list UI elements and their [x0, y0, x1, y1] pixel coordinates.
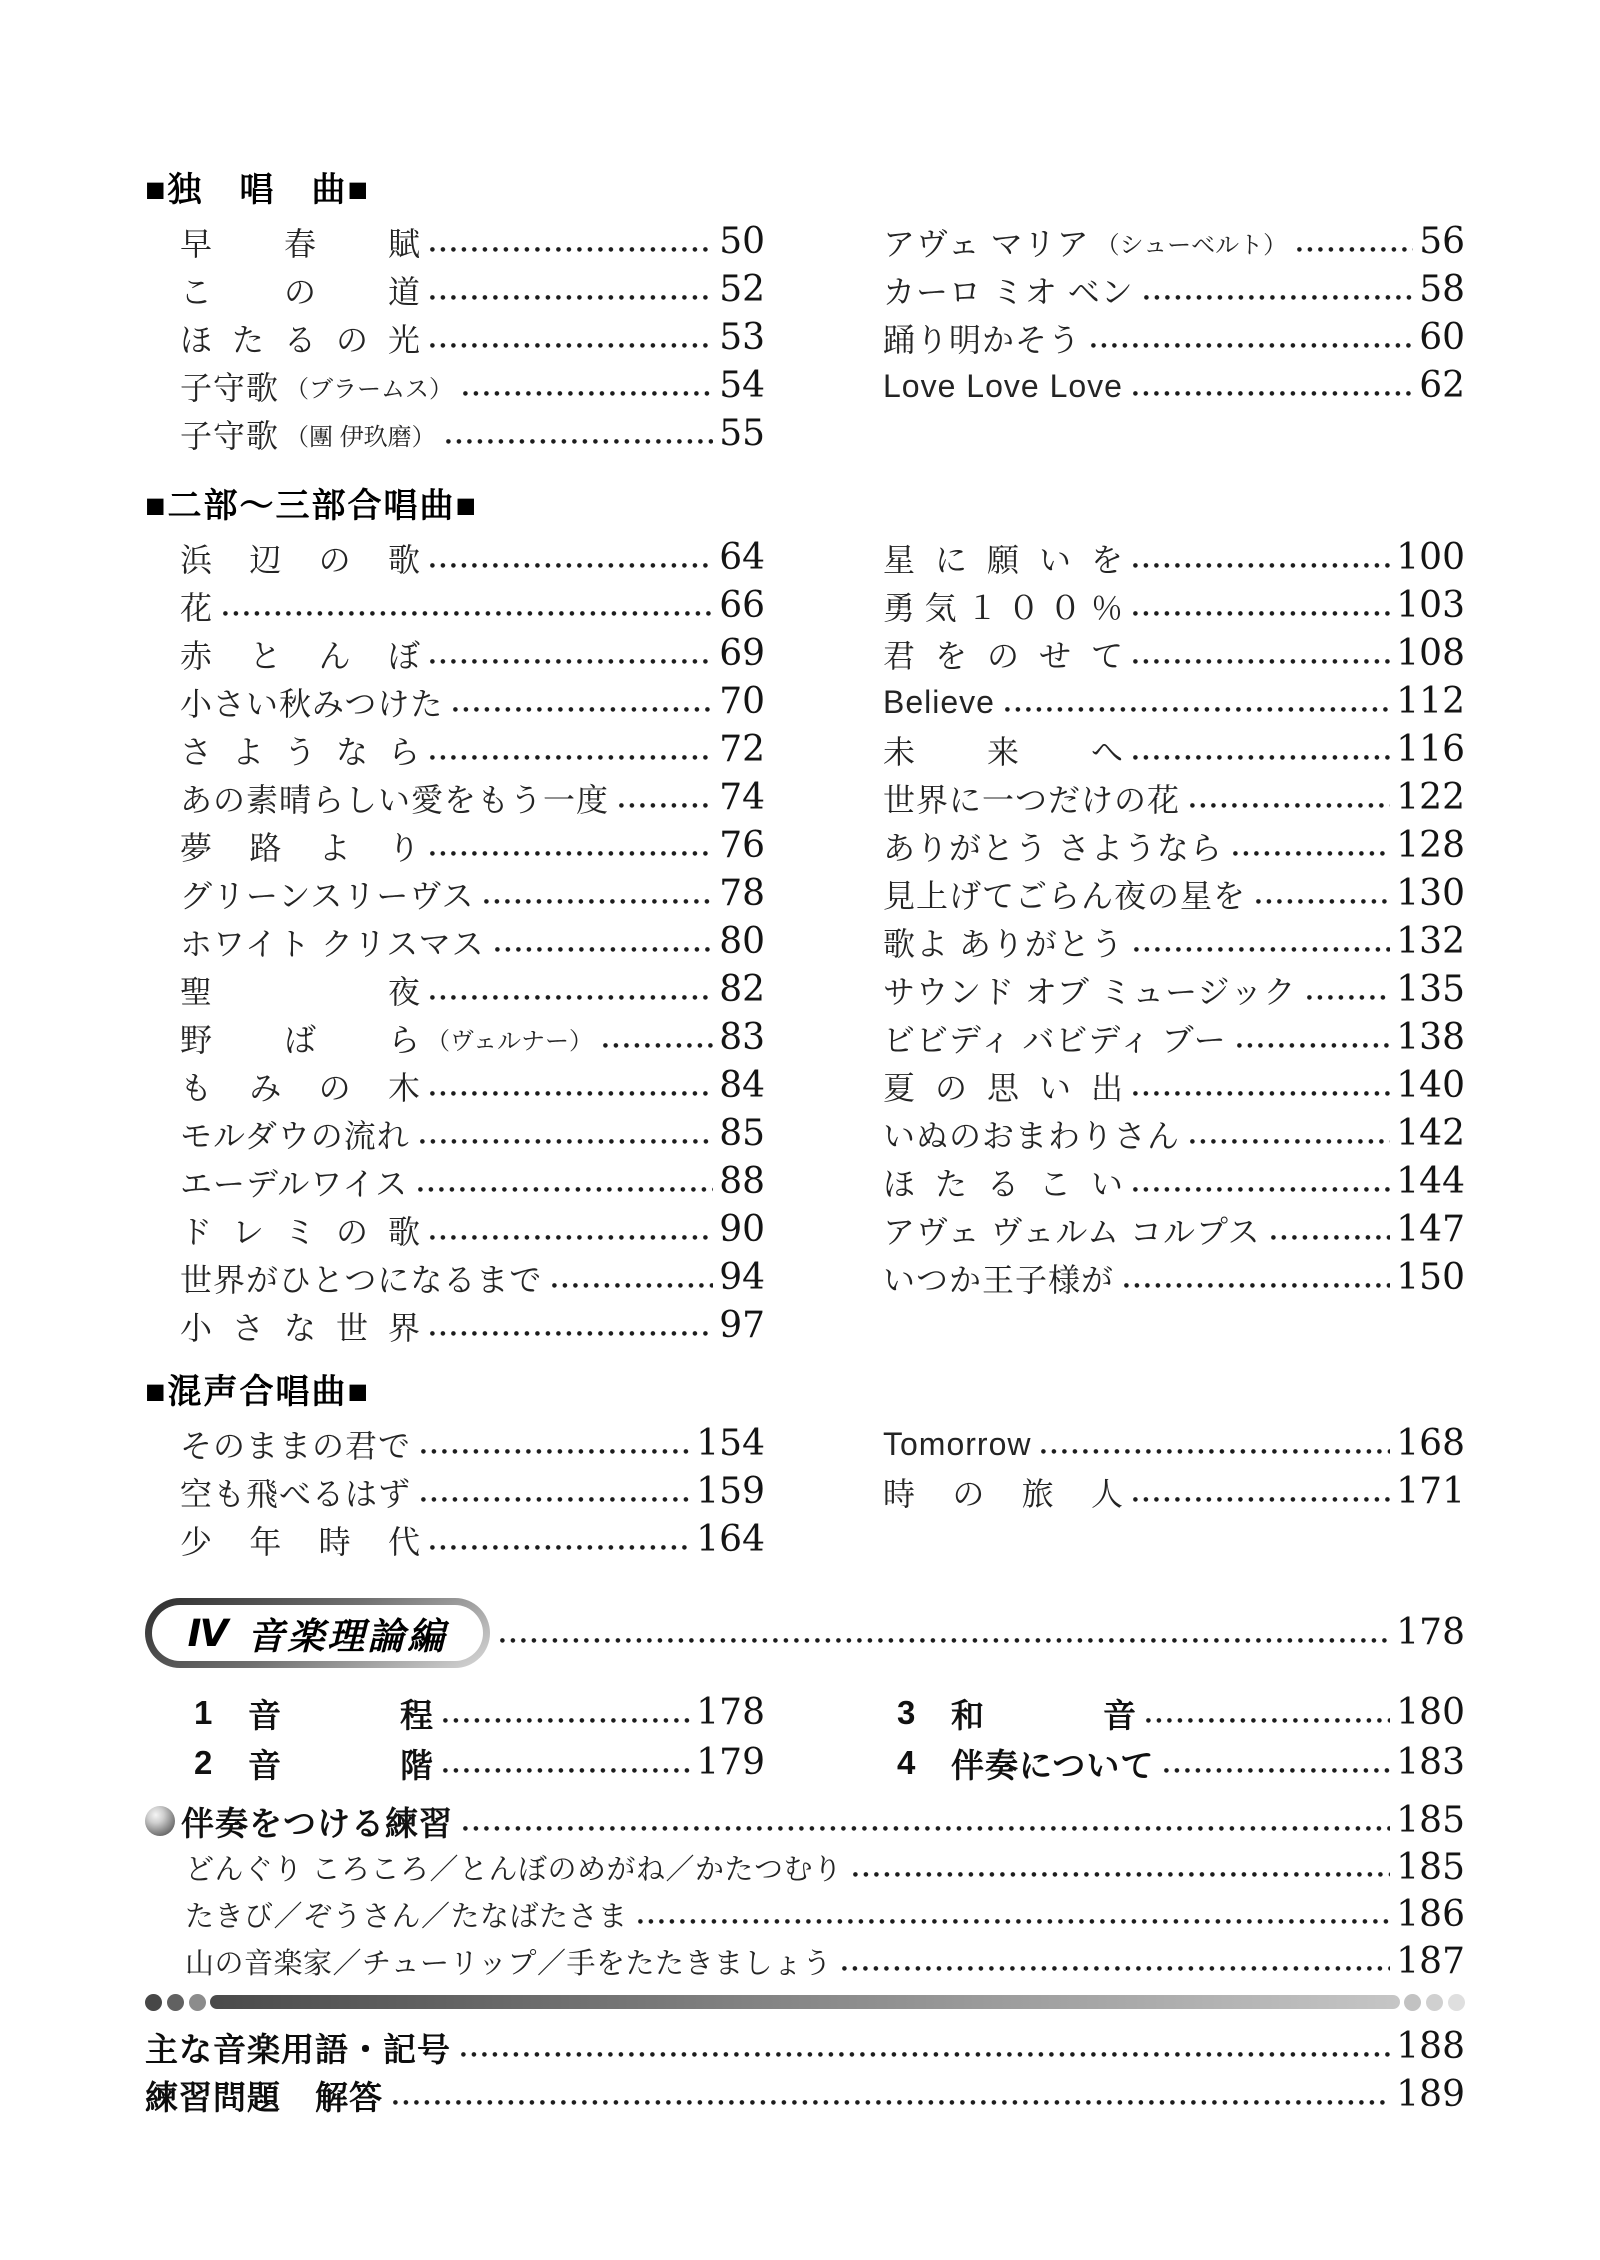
toc-item: 見上げてごらん夜の星を130	[865, 870, 1465, 918]
dotted-leader	[853, 1872, 1391, 1877]
toc-item-page: 100	[1396, 540, 1465, 576]
theory-banner: Ⅳ 音楽理論編	[145, 1598, 490, 1668]
toc-column-right: 星に願いを100勇気１００％103君をのせて108Believe112未来へ11…	[865, 534, 1465, 1302]
practice-heading-label: 伴奏をつける練習	[181, 1798, 453, 1845]
toc-item: 子守歌（團 伊玖磨）55	[145, 410, 765, 458]
toc-item: 小さな世界97	[145, 1302, 765, 1350]
toc-item: 1音程178	[145, 1688, 765, 1738]
dotted-leader	[1256, 899, 1390, 904]
dotted-leader	[463, 391, 713, 396]
toc-page: ■独 唱 曲■早春賦50この道52ほたるの光53子守歌（ブラームス）54子守歌（…	[0, 0, 1600, 2260]
toc-item: あの素晴らしい愛をもう一度74	[145, 774, 765, 822]
dotted-leader	[842, 1966, 1390, 1971]
toc-item-title: 主な音楽用語・記号	[145, 2024, 451, 2071]
toc-item-page: 171	[1396, 1474, 1465, 1510]
theory-column-right: 3和音1804伴奏について183	[865, 1688, 1465, 1788]
toc-column-left: そのままの君で154空も飛べるはず159少年時代164	[145, 1420, 765, 1564]
toc-item: 未来へ116	[865, 726, 1465, 774]
toc-item-title: 聖夜	[180, 967, 420, 1013]
dotted-leader	[603, 1043, 713, 1048]
toc-item-page: 97	[719, 1308, 765, 1344]
dotted-leader	[1307, 995, 1391, 1000]
toc-item-title: ほたるの光	[180, 315, 420, 361]
toc-item-page: 185	[1396, 1850, 1465, 1886]
toc-item-title: あの素晴らしい愛をもう一度	[180, 775, 609, 821]
dotted-leader	[443, 1768, 690, 1773]
toc-item-title: いぬのおまわりさん	[883, 1111, 1180, 1157]
toc-item-title: 歌よ ありがとう	[883, 919, 1124, 965]
toc-item: エーデルワイス88	[145, 1158, 765, 1206]
dotted-leader	[1237, 1043, 1391, 1048]
toc-item-page: 74	[719, 780, 765, 816]
divider-dot	[189, 1994, 206, 2011]
toc-item-page: 185	[1396, 1803, 1465, 1839]
toc-item: 聖夜82	[145, 966, 765, 1014]
dotted-leader	[1133, 391, 1413, 396]
divider-dot	[1426, 1994, 1443, 2011]
toc-item-title: 練習問題 解答	[145, 2072, 383, 2119]
toc-item-title: もみの木	[180, 1063, 420, 1109]
dotted-leader	[1271, 1235, 1391, 1240]
toc-item: 主な音楽用語・記号188	[145, 2023, 1465, 2071]
toc-item-page: 150	[1396, 1260, 1465, 1296]
toc-item-page: 108	[1396, 636, 1465, 672]
toc-item: 赤とんぼ69	[145, 630, 765, 678]
dotted-leader	[420, 1139, 713, 1144]
dotted-leader	[638, 1919, 1391, 1924]
dotted-leader	[1190, 1139, 1390, 1144]
toc-item: 星に願いを100	[865, 534, 1465, 582]
toc-section: ■独 唱 曲■早春賦50この道52ほたるの光53子守歌（ブラームス）54子守歌（…	[145, 170, 1465, 458]
toc-item: Love Love Love62	[865, 362, 1465, 410]
divider-gradient-bar	[210, 1995, 1400, 2009]
toc-item: Tomorrow168	[865, 1420, 1465, 1468]
toc-item-title: Believe	[883, 684, 995, 721]
toc-item-title: 夢路より	[180, 823, 420, 869]
toc-item-page: 116	[1396, 732, 1465, 768]
toc-item-page: 130	[1396, 876, 1465, 912]
toc-item-page: 112	[1396, 684, 1465, 720]
toc-item-number: 1	[180, 1694, 234, 1732]
toc-item: 子守歌（ブラームス）54	[145, 362, 765, 410]
toc-item-title: いつか王子様が	[883, 1255, 1114, 1301]
toc-item: アヴェ マリア（シューベルト）56	[865, 218, 1465, 266]
theory-banner-row: Ⅳ 音楽理論編 178	[145, 1598, 1465, 1668]
toc-item: 勇気１００％103	[865, 582, 1465, 630]
toc-item-title: 世界に一つだけの花	[883, 775, 1180, 821]
toc-item: ありがとう さようなら128	[865, 822, 1465, 870]
toc-item: ホワイト クリスマス80	[145, 918, 765, 966]
theory-banner-inner: Ⅳ 音楽理論編	[152, 1605, 483, 1661]
toc-item-title: アヴェ ヴェルム コルプス	[883, 1207, 1261, 1253]
theory-banner-numeral: Ⅳ	[188, 1612, 232, 1655]
toc-item: 花66	[145, 582, 765, 630]
toc-item-page: 144	[1396, 1164, 1465, 1200]
toc-item-page: 122	[1396, 780, 1465, 816]
section-divider	[145, 1993, 1465, 2011]
toc-item: ドレミの歌90	[145, 1206, 765, 1254]
toc-item: 踊り明かそう60	[865, 314, 1465, 362]
toc-item-number: 4	[883, 1744, 937, 1782]
theory-banner-label: 音楽理論編	[247, 1606, 447, 1660]
toc-item-title: どんぐり ころころ／とんぼのめがね／かたつむり	[185, 1847, 843, 1888]
toc-item: ほたるの光53	[145, 314, 765, 362]
toc-column-left: 早春賦50この道52ほたるの光53子守歌（ブラームス）54子守歌（團 伊玖磨）5…	[145, 218, 765, 458]
dotted-leader	[1133, 611, 1390, 616]
toc-item-note: （シューベルト）	[1096, 225, 1288, 260]
toc-item: 2音階179	[145, 1738, 765, 1788]
dotted-leader	[430, 851, 713, 856]
dotted-leader	[495, 947, 714, 952]
toc-item: 練習問題 解答189	[145, 2071, 1465, 2119]
toc-item: モルダウの流れ85	[145, 1110, 765, 1158]
practice-heading-row: 伴奏をつける練習 185	[145, 1798, 1465, 1844]
toc-column-right: Tomorrow168時の旅人171	[865, 1420, 1465, 1516]
sphere-bullet-icon	[145, 1806, 175, 1836]
toc-item: 空も飛べるはず159	[145, 1468, 765, 1516]
toc-item-title: 山の音楽家／チューリップ／手をたたきましょう	[185, 1941, 832, 1982]
toc-item: 夏の思い出140	[865, 1062, 1465, 1110]
dotted-leader	[421, 1449, 690, 1454]
toc-item-page: 178	[1396, 1615, 1465, 1651]
toc-item-page: 179	[696, 1745, 765, 1781]
toc-item: サウンド オブ ミュージック135	[865, 966, 1465, 1014]
toc-item-page: 159	[696, 1474, 765, 1510]
dotted-leader	[1144, 295, 1413, 300]
toc-item-title: この道	[180, 267, 420, 313]
toc-item-title: 世界がひとつになるまで	[180, 1255, 542, 1301]
toc-item-title: 夏の思い出	[883, 1063, 1123, 1109]
toc-item-title: 浜辺の歌	[180, 535, 420, 581]
toc-item-title: ありがとう さようなら	[883, 823, 1223, 869]
toc-item-page: 60	[1419, 320, 1465, 356]
toc-item-page: 78	[719, 876, 765, 912]
toc-item-page: 83	[719, 1020, 765, 1056]
dotted-leader	[1133, 1497, 1390, 1502]
toc-item-page: 168	[1396, 1426, 1465, 1462]
toc-item-title: ホワイト クリスマス	[180, 919, 485, 965]
toc-item-title: エーデルワイス	[180, 1159, 408, 1205]
toc-item: 世界がひとつになるまで94	[145, 1254, 765, 1302]
song-sections: ■独 唱 曲■早春賦50この道52ほたるの光53子守歌（ブラームス）54子守歌（…	[145, 170, 1465, 1564]
dotted-leader	[1124, 1283, 1390, 1288]
toc-section: ■二部〜三部合唱曲■浜辺の歌64花66赤とんぼ69小さい秋みつけた70さようなら…	[145, 486, 1465, 1350]
toc-item-title: 小さな世界	[180, 1303, 420, 1349]
toc-section: ■混声合唱曲■そのままの君で154空も飛べるはず159少年時代164Tomorr…	[145, 1372, 1465, 1564]
toc-item-page: 90	[719, 1212, 765, 1248]
dotted-leader	[430, 247, 713, 252]
toc-item-title: グリーンスリーヴス	[180, 871, 474, 917]
toc-item-title: 音階	[248, 1740, 433, 1787]
toc-item-title: 伴奏について	[951, 1740, 1154, 1787]
divider-dot	[145, 1994, 162, 2011]
toc-item: ビビディ バビディ ブー138	[865, 1014, 1465, 1062]
theory-column-left: 1音程1782音階179	[145, 1688, 765, 1788]
toc-item-title: 音程	[248, 1690, 433, 1737]
toc-item: いぬのおまわりさん142	[865, 1110, 1465, 1158]
toc-item-page: 138	[1396, 1020, 1465, 1056]
dotted-leader	[421, 1497, 690, 1502]
dotted-leader	[223, 611, 713, 616]
toc-item: 早春賦50	[145, 218, 765, 266]
dotted-leader	[446, 439, 714, 444]
toc-item-number: 2	[180, 1744, 234, 1782]
toc-item-title: モルダウの流れ	[180, 1111, 410, 1157]
toc-item-title: 早春賦	[180, 219, 420, 265]
toc-item-title: 見上げてごらん夜の星を	[883, 871, 1246, 917]
dotted-leader	[1233, 851, 1390, 856]
dotted-leader	[552, 1283, 713, 1288]
section-header: ■混声合唱曲■	[145, 1372, 1465, 1412]
toc-item-page: 135	[1396, 972, 1465, 1008]
toc-item-title: 空も飛べるはず	[180, 1469, 411, 1515]
toc-item: たきび／ぞうさん／たなばたさま186	[145, 1891, 1465, 1938]
toc-item: 3和音180	[865, 1688, 1465, 1738]
toc-item-page: 85	[719, 1116, 765, 1152]
dotted-leader	[461, 2052, 1390, 2057]
toc-item-page: 53	[719, 320, 765, 356]
toc-column-left: 浜辺の歌64花66赤とんぼ69小さい秋みつけた70さようなら72あの素晴らしい愛…	[145, 534, 765, 1350]
dotted-leader	[1133, 1187, 1390, 1192]
toc-item-page: 62	[1419, 368, 1465, 404]
toc-item-page: 55	[719, 416, 765, 452]
toc-item: いつか王子様が150	[865, 1254, 1465, 1302]
toc-item-title: 星に願いを	[883, 535, 1123, 581]
toc-item-page: 58	[1419, 272, 1465, 308]
toc-item-page: 76	[719, 828, 765, 864]
toc-item-title: 赤とんぼ	[180, 631, 420, 677]
toc-item: 浜辺の歌64	[145, 534, 765, 582]
dotted-leader	[430, 995, 713, 1000]
toc-item-page: 50	[719, 224, 765, 260]
toc-item: ほたるこい144	[865, 1158, 1465, 1206]
section-columns: そのままの君で154空も飛べるはず159少年時代164Tomorrow168時の…	[145, 1420, 1465, 1564]
toc-item: グリーンスリーヴス78	[145, 870, 765, 918]
toc-item-page: 94	[719, 1260, 765, 1296]
dotted-leader	[1133, 659, 1390, 664]
toc-item: Believe112	[865, 678, 1465, 726]
divider-dot	[1448, 1994, 1465, 2011]
dotted-leader	[1297, 247, 1413, 252]
dotted-leader	[430, 659, 713, 664]
toc-item-note: （團 伊玖磨）	[285, 417, 436, 452]
dotted-leader	[430, 1545, 690, 1550]
toc-item-title: 花	[180, 583, 213, 629]
toc-item-title: ドレミの歌	[180, 1207, 420, 1253]
toc-item-title: たきび／ぞうさん／たなばたさま	[185, 1894, 628, 1935]
toc-item-page: 183	[1396, 1745, 1465, 1781]
dotted-leader	[1091, 343, 1413, 348]
appendix-rows: 主な音楽用語・記号188練習問題 解答189	[145, 2023, 1465, 2119]
toc-item-page: 142	[1396, 1116, 1465, 1152]
dotted-leader	[430, 295, 713, 300]
toc-item-title: 子守歌	[180, 363, 279, 409]
toc-item-page: 128	[1396, 828, 1465, 864]
toc-item: 4伴奏について183	[865, 1738, 1465, 1788]
dotted-leader	[1041, 1449, 1390, 1454]
toc-item: 野ばら（ヴェルナー）83	[145, 1014, 765, 1062]
toc-item: 君をのせて108	[865, 630, 1465, 678]
dotted-leader	[430, 1091, 713, 1096]
toc-item-number: 3	[883, 1694, 937, 1732]
toc-item-title: 少年時代	[180, 1517, 420, 1563]
toc-item-page: 140	[1396, 1068, 1465, 1104]
toc-item-page: 52	[719, 272, 765, 308]
dotted-leader	[1133, 755, 1390, 760]
toc-item-page: 189	[1396, 2077, 1465, 2113]
toc-item: もみの木84	[145, 1062, 765, 1110]
toc-item-title: カーロ ミオ ベン	[883, 267, 1134, 313]
dotted-leader	[1146, 1718, 1390, 1723]
divider-dot	[167, 1994, 184, 2011]
toc-item-page: 188	[1396, 2029, 1465, 2065]
dotted-leader	[418, 1187, 713, 1192]
toc-item-page: 84	[719, 1068, 765, 1104]
toc-item-page: 154	[696, 1426, 765, 1462]
dotted-leader	[484, 899, 713, 904]
toc-item-page: 70	[719, 684, 765, 720]
dotted-leader	[1133, 1091, 1390, 1096]
toc-item: どんぐり ころころ／とんぼのめがね／かたつむり185	[145, 1844, 1465, 1891]
toc-item-page: 103	[1396, 588, 1465, 624]
dotted-leader	[453, 707, 713, 712]
toc-item-page: 178	[696, 1695, 765, 1731]
toc-item-page: 80	[719, 924, 765, 960]
toc-item: そのままの君で154	[145, 1420, 765, 1468]
dotted-leader	[430, 755, 713, 760]
toc-item-page: 54	[719, 368, 765, 404]
toc-item: 時の旅人171	[865, 1468, 1465, 1516]
toc-item-title: ビビディ バビディ ブー	[883, 1015, 1227, 1061]
toc-item: アヴェ ヴェルム コルプス147	[865, 1206, 1465, 1254]
dotted-leader	[430, 563, 713, 568]
toc-item-page: 147	[1396, 1212, 1465, 1248]
toc-item-title: そのままの君で	[180, 1421, 411, 1467]
toc-item-title: 小さい秋みつけた	[180, 679, 443, 725]
toc-item-page: 88	[719, 1164, 765, 1200]
toc-item-title: 子守歌	[180, 411, 279, 457]
toc-item-title: サウンド オブ ミュージック	[883, 967, 1297, 1013]
toc-item-page: 66	[719, 588, 765, 624]
toc-item: さようなら72	[145, 726, 765, 774]
toc-item-page: 64	[719, 540, 765, 576]
toc-item-page: 56	[1419, 224, 1465, 260]
toc-item-note: （ヴェルナー）	[426, 1021, 593, 1056]
dotted-leader	[463, 1826, 1390, 1831]
toc-item-title: 踊り明かそう	[883, 315, 1081, 361]
toc-item-page: 132	[1396, 924, 1465, 960]
dotted-leader	[430, 343, 713, 348]
toc-item-page: 69	[719, 636, 765, 672]
dotted-leader	[619, 803, 713, 808]
toc-item: この道52	[145, 266, 765, 314]
section-header: ■二部〜三部合唱曲■	[145, 486, 1465, 526]
dotted-leader	[1190, 803, 1390, 808]
toc-item-page: 164	[696, 1522, 765, 1558]
toc-item: 山の音楽家／チューリップ／手をたたきましょう187	[145, 1938, 1465, 1985]
toc-item-page: 82	[719, 972, 765, 1008]
toc-item-page: 180	[1396, 1695, 1465, 1731]
toc-item-title: ほたるこい	[883, 1159, 1123, 1205]
dotted-leader	[1164, 1768, 1390, 1773]
toc-item-title: Tomorrow	[883, 1426, 1031, 1463]
dotted-leader	[430, 1235, 713, 1240]
dotted-leader	[393, 2100, 1390, 2105]
toc-item: 世界に一つだけの花122	[865, 774, 1465, 822]
toc-item: 少年時代164	[145, 1516, 765, 1564]
toc-item-title: 君をのせて	[883, 631, 1123, 677]
toc-item-title: さようなら	[180, 727, 420, 773]
toc-item: 小さい秋みつけた70	[145, 678, 765, 726]
toc-item-page: 187	[1396, 1944, 1465, 1980]
toc-item-page: 72	[719, 732, 765, 768]
section-header: ■独 唱 曲■	[145, 170, 1465, 210]
dotted-leader	[430, 1331, 713, 1336]
section-columns: 浜辺の歌64花66赤とんぼ69小さい秋みつけた70さようなら72あの素晴らしい愛…	[145, 534, 1465, 1350]
theory-columns: 1音程1782音階179 3和音1804伴奏について183	[145, 1688, 1465, 1788]
section-columns: 早春賦50この道52ほたるの光53子守歌（ブラームス）54子守歌（團 伊玖磨）5…	[145, 218, 1465, 458]
toc-item: 夢路より76	[145, 822, 765, 870]
toc-item-title: 和音	[951, 1690, 1136, 1737]
toc-item: 歌よ ありがとう132	[865, 918, 1465, 966]
toc-item-title: アヴェ マリア	[883, 219, 1090, 265]
dotted-leader	[1134, 947, 1390, 952]
toc-item-title: 勇気１００％	[883, 583, 1123, 629]
dotted-leader	[1005, 707, 1390, 712]
toc-item-title: 野ばら	[180, 1015, 420, 1061]
toc-column-right: アヴェ マリア（シューベルト）56カーロ ミオ ベン58踊り明かそう60Love…	[865, 218, 1465, 410]
divider-dot	[1404, 1994, 1421, 2011]
toc-item-title: Love Love Love	[883, 368, 1123, 405]
toc-item: カーロ ミオ ベン58	[865, 266, 1465, 314]
toc-item-page: 186	[1396, 1897, 1465, 1933]
dotted-leader	[443, 1718, 690, 1723]
dotted-leader	[1133, 563, 1390, 568]
practice-items: どんぐり ころころ／とんぼのめがね／かたつむり185たきび／ぞうさん／たなばたさ…	[145, 1844, 1465, 1985]
toc-item-title: 未来へ	[883, 727, 1123, 773]
toc-item-note: （ブラームス）	[285, 369, 453, 404]
toc-item-title: 時の旅人	[883, 1469, 1123, 1515]
dotted-leader	[500, 1638, 1390, 1643]
